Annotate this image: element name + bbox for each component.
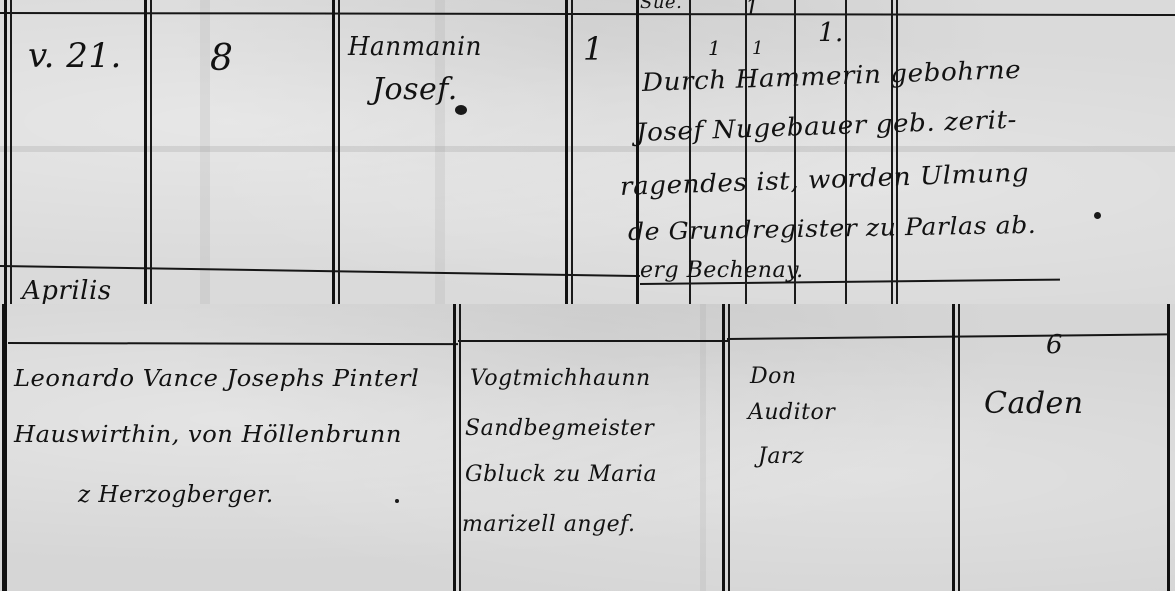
officiant-entry-line: Auditor [748, 400, 835, 425]
paper-fold [700, 304, 706, 591]
tally-mark: 1 [752, 38, 764, 59]
ruled-line [8, 342, 458, 345]
register-bottom-strip: Leonardo Vance Josephs Pinterl Hauswirth… [0, 304, 1175, 591]
paper-fold [0, 146, 1175, 152]
register-scan: v. 21. 8 Hanmanin Josef. 1 Sue. 1 1. 1 1… [0, 0, 1175, 591]
officiant-entry-line: Jarz [758, 444, 804, 469]
remarks-line: ragendes ist, worden Ulmung [619, 158, 1029, 201]
entry-number: 8 [210, 38, 233, 79]
godparent-entry-line: Gbluck zu Maria [465, 462, 657, 487]
officiant-entry-line: Don [750, 364, 797, 389]
header-fragment: Sue. [640, 0, 682, 13]
register-top-strip: v. 21. 8 Hanmanin Josef. 1 Sue. 1 1. 1 1… [0, 0, 1175, 304]
remarks-line: de Grundregister zu Parlas ab. [628, 211, 1037, 246]
ruled-line [458, 340, 728, 342]
column-rule [845, 0, 847, 304]
ink-blot [455, 105, 467, 115]
remarks-line: erg Bechenay. [640, 258, 804, 283]
date-entry: v. 21. [28, 36, 122, 76]
column-rule [891, 0, 893, 304]
godparent-entry-line: Sandbegmeister [465, 416, 654, 441]
surname-entry: Hanmanin [348, 32, 482, 62]
column-rule [565, 0, 568, 304]
month-entry: Aprilis [22, 276, 112, 304]
count-entry: 1 [583, 30, 604, 68]
remarks-line: Durch Hammerin gebohrne [641, 55, 1021, 97]
parents-entry-line: Leonardo Vance Josephs Pinterl [14, 366, 419, 392]
column-rule [728, 304, 730, 591]
paper-fold [200, 0, 210, 304]
remark-entry: Caden [984, 386, 1084, 421]
column-rule [453, 304, 456, 591]
column-rule [1167, 304, 1170, 591]
column-rule [338, 0, 340, 304]
column-rule [958, 304, 960, 591]
column-rule [2, 304, 7, 591]
header-fragment: 1 [745, 0, 760, 21]
ink-dot [395, 499, 399, 503]
flourish-mark: 6 [1046, 330, 1063, 360]
column-rule [459, 304, 461, 591]
column-rule [636, 0, 639, 304]
remarks-line: Josef Nugebauer geb. zerit- [635, 105, 1017, 147]
column-rule [952, 304, 955, 591]
column-rule [722, 304, 725, 591]
parents-entry-line: z Herzogberger. [78, 482, 274, 508]
header-fragment: 1. [818, 18, 844, 48]
column-rule [4, 0, 7, 304]
column-rule [571, 0, 573, 304]
column-rule [896, 0, 898, 304]
column-rule [332, 0, 335, 304]
godparent-entry-line: marizell angef. [462, 512, 635, 537]
tally-mark: 1 [708, 36, 721, 60]
ruled-line [727, 333, 1167, 340]
column-rule [150, 0, 152, 304]
column-rule [144, 0, 147, 304]
ruled-line [0, 12, 1175, 16]
godparent-entry-line: Vogtmichhaunn [470, 366, 651, 391]
given-name-entry: Josef. [372, 72, 458, 107]
parents-entry-line: Hauswirthin, von Höllenbrunn [14, 422, 402, 448]
column-rule [10, 0, 12, 304]
ink-dot [1094, 212, 1101, 219]
